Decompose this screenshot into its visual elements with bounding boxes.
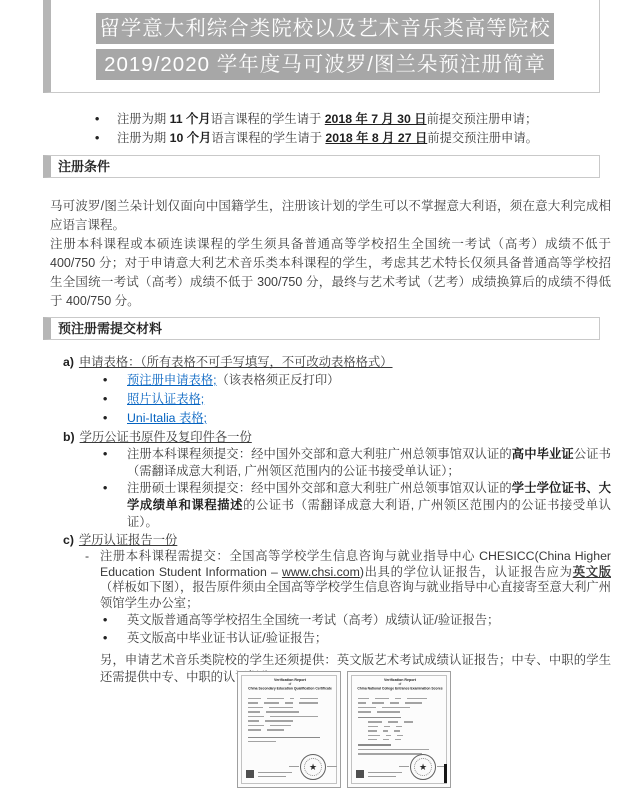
scan-artifact-mark xyxy=(444,764,447,783)
text-run: （样板如下图），报告原件须由全国高等学校学生信息咨询与就业指导中心直接寄至意大利… xyxy=(100,580,611,610)
deadline-run: 注册为期 xyxy=(117,131,170,145)
chsi-website-link[interactable]: www.chsi.com xyxy=(282,565,360,579)
seal-line xyxy=(399,766,409,767)
certificate-thumbnail-secondary-education: Verification Report of China Secondary E… xyxy=(237,671,341,788)
material-item-b-header: b)学历公证书原件及复印件各一份 xyxy=(63,428,611,446)
material-item-a-header: a)申请表格：（所有表格不可手写填写，不可改动表格格式） xyxy=(63,353,611,371)
item-label: b) xyxy=(63,430,75,444)
report-type: 英文版高中毕业证书认证/验证报告； xyxy=(127,629,327,647)
deadline-text: 注册为期 11 个月语言课程的学生请于 2018 年 7 月 30 日前提交预注… xyxy=(117,111,537,127)
item-label: c) xyxy=(63,533,74,547)
material-item-c-header: c)学历认证报告一份 xyxy=(63,531,611,549)
section-heading-registration-conditions: 注册条件 xyxy=(43,155,600,178)
certificate-subtitle: China National College Entrance Examinat… xyxy=(355,686,445,690)
list-item: 照片认证表格; xyxy=(103,390,611,409)
item-title: 学历公证书原件及复印件各一份 xyxy=(80,430,252,444)
qr-code-icon xyxy=(246,770,254,778)
notary-requirement: 注册本科课程须提交：经中国外交部和意大利驻广州总领事馆双认证的高中毕业证公证书（… xyxy=(127,446,611,480)
link-note: （该表格须正反打印） xyxy=(217,373,340,387)
list-item: Uni-Italia 表格; xyxy=(103,409,611,428)
emphasis-run: 英文版 xyxy=(573,565,611,579)
materials-list: a)申请表格：（所有表格不可手写填写，不可改动表格格式） 预注册申请表格;（该表… xyxy=(63,353,611,686)
link-line: 预注册申请表格;（该表格须正反打印） xyxy=(127,371,339,390)
certificate-heading: Verification Report of China National Co… xyxy=(355,678,445,690)
paragraph: 注册本科课程或本硕连读课程的学生须具备普通高等学校招生全国统一考试（高考）成绩不… xyxy=(50,235,611,311)
footer-line xyxy=(258,772,292,773)
text-run: )出具的学位认证报告，认证报告应为 xyxy=(360,565,573,579)
document-page: 留学意大利综合类院校以及艺术音乐类高等院校 2019/2020 学年度马可波罗/… xyxy=(0,0,640,800)
section-heading-materials: 预注册需提交材料 xyxy=(43,317,600,340)
bullet-icon xyxy=(103,629,127,647)
document-title-line-2: 2019/2020 学年度马可波罗/图兰朵预注册简章 xyxy=(96,49,554,80)
list-item: 英文版高中毕业证书认证/验证报告； xyxy=(103,629,611,647)
list-item: 注册本科课程须提交：经中国外交部和意大利驻广州总领事馆双认证的高中毕业证公证书（… xyxy=(103,446,611,480)
link-line: 照片认证表格; xyxy=(127,390,204,409)
certificate-thumbnail-gaokao-scores: Verification Report of China National Co… xyxy=(347,671,451,788)
seal-line xyxy=(327,766,337,767)
link-preregistration-form[interactable]: 预注册申请表格; xyxy=(127,373,217,387)
deadline-list: 注册为期 11 个月语言课程的学生请于 2018 年 7 月 30 日前提交预注… xyxy=(95,111,575,149)
deadline-duration: 10 个月 xyxy=(170,131,212,145)
notary-requirement: 注册硕士课程须提交：经中国外交部和意大利驻广州总领事馆双认证的学士学位证书、大学… xyxy=(127,480,611,531)
bullet-icon xyxy=(103,390,127,409)
sample-certificates: Verification Report of China Secondary E… xyxy=(237,671,451,788)
qr-code-icon xyxy=(356,770,364,778)
seal-line xyxy=(289,766,299,767)
text-run: 注册本科课程须提交：经中国外交部和意大利驻广州总领事馆双认证的 xyxy=(127,447,512,461)
list-item: 预注册申请表格;（该表格须正反打印） xyxy=(103,371,611,390)
link-photo-certification-form[interactable]: 照片认证表格; xyxy=(127,392,204,406)
list-item: - 注册本科课程需提交：全国高等学校学生信息咨询与就业指导中心 CHESICC(… xyxy=(85,549,611,611)
deadline-run: 前提交预注册申请； xyxy=(427,112,538,126)
bullet-icon xyxy=(103,611,127,629)
document-title-line-1: 留学意大利综合类院校以及艺术音乐类高等院校 xyxy=(96,13,554,44)
registration-conditions-body: 马可波罗/图兰朵计划仅面向中国籍学生，注册该计划的学生可以不掌握意大利语，须在意… xyxy=(50,197,611,311)
bullet-icon xyxy=(95,111,117,127)
item-label: a) xyxy=(63,355,74,369)
title-block: 留学意大利综合类院校以及艺术音乐类高等院校 2019/2020 学年度马可波罗/… xyxy=(43,0,600,93)
bullet-icon xyxy=(103,371,127,390)
deadline-run: 语言课程的学生请于 xyxy=(211,112,325,126)
bullet-icon xyxy=(95,130,117,146)
star-icon: ★ xyxy=(309,763,317,772)
item-title: 申请表格：（所有表格不可手写填写，不可改动表格格式） xyxy=(79,355,393,369)
report-requirement: 注册本科课程需提交：全国高等学校学生信息咨询与就业指导中心 CHESICC(Ch… xyxy=(100,549,611,611)
star-icon: ★ xyxy=(419,763,427,772)
certificate-footer: ★ xyxy=(246,754,334,780)
footer-line xyxy=(368,772,402,773)
footer-line xyxy=(368,776,396,777)
link-uni-italia-form[interactable]: Uni-Italia 表格; xyxy=(127,411,207,425)
paragraph: 马可波罗/图兰朵计划仅面向中国籍学生，注册该计划的学生可以不掌握意大利语，须在意… xyxy=(50,197,611,235)
deadline-run: 语言课程的学生请于 xyxy=(211,131,325,145)
deadline-duration: 11 个月 xyxy=(170,112,211,126)
bullet-icon xyxy=(103,480,127,531)
text-run: 注册硕士课程须提交：经中国外交部和意大利驻广州总领事馆双认证的 xyxy=(127,481,512,495)
dash-marker: - xyxy=(85,549,100,611)
certificate-subtitle: China Secondary Education Qualification … xyxy=(245,686,335,690)
deadline-item: 注册为期 10 个月语言课程的学生请于 2018 年 8 月 27 日前提交预注… xyxy=(95,130,575,146)
list-item: 注册硕士课程须提交：经中国外交部和意大利驻广州总领事馆双认证的学士学位证书、大学… xyxy=(103,480,611,531)
bullet-icon xyxy=(103,409,127,428)
bold-run: 高中毕业证 xyxy=(512,447,574,461)
certificate-heading: Verification Report of China Secondary E… xyxy=(245,678,335,690)
list-item: 英文版普通高等学校招生全国统一考试（高考）成绩认证/验证报告； xyxy=(103,611,611,629)
certificate-footer: ★ xyxy=(356,754,444,780)
deadline-run: 前提交预注册申请。 xyxy=(427,131,538,145)
official-seal-icon: ★ xyxy=(410,754,436,780)
footer-line xyxy=(258,776,286,777)
deadline-text: 注册为期 10 个月语言课程的学生请于 2018 年 8 月 27 日前提交预注… xyxy=(117,130,538,146)
report-type: 英文版普通高等学校招生全国统一考试（高考）成绩认证/验证报告； xyxy=(127,611,499,629)
official-seal-icon: ★ xyxy=(300,754,326,780)
deadline-run: 注册为期 xyxy=(117,112,170,126)
deadline-date: 2018 年 8 月 27 日 xyxy=(325,131,427,145)
item-title: 学历认证报告一份 xyxy=(79,533,177,547)
deadline-item: 注册为期 11 个月语言课程的学生请于 2018 年 7 月 30 日前提交预注… xyxy=(95,111,575,127)
bullet-icon xyxy=(103,446,127,480)
deadline-date: 2018 年 7 月 30 日 xyxy=(325,112,427,126)
certificate-field-lines xyxy=(248,698,330,746)
link-line: Uni-Italia 表格; xyxy=(127,409,207,428)
certificate-field-lines xyxy=(358,698,440,758)
